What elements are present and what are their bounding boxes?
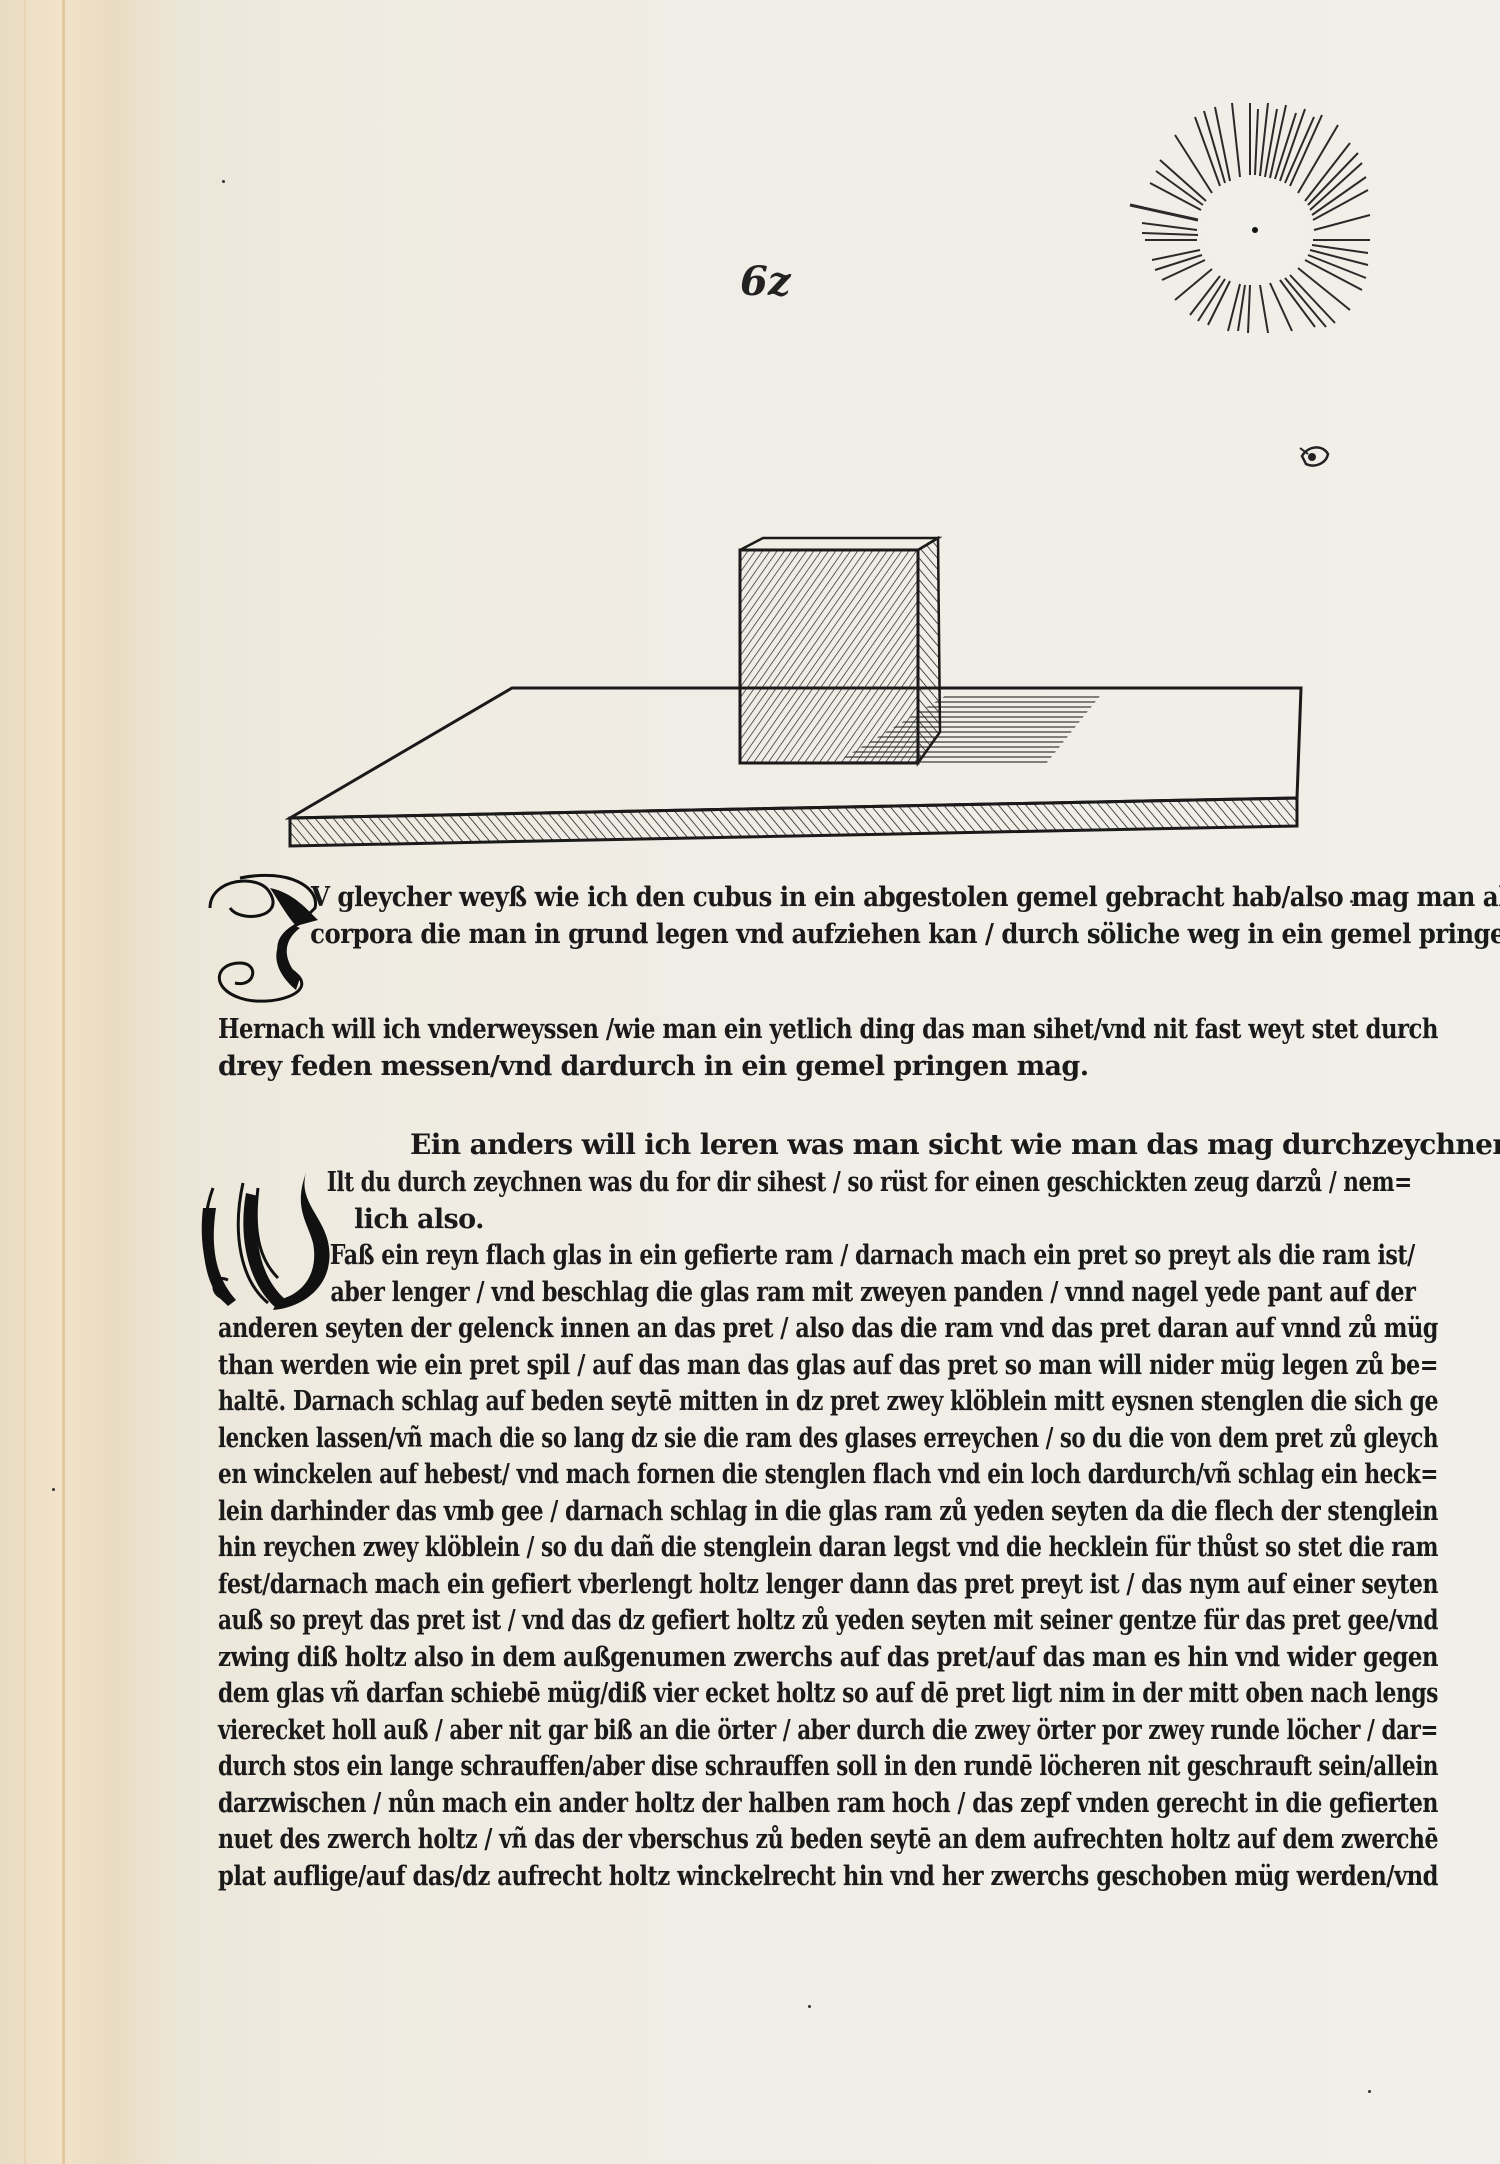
paragraph-three-threads: Hernach will ich vnderweyssen /wie man e… bbox=[218, 1012, 1438, 1085]
paragraph-cube-intro: V gleycher weyß wie ich den cubus in ein… bbox=[218, 880, 1438, 953]
ink-speck bbox=[52, 1488, 55, 1491]
text-line: corpora die man in grund legen vnd aufzi… bbox=[218, 917, 1321, 954]
ink-speck bbox=[1368, 2090, 1371, 2093]
text-line: anderen seyten der gelenck innen an das … bbox=[218, 1311, 1233, 1348]
text-line: en winckelen auf hebest/ vnd mach fornen… bbox=[218, 1457, 1199, 1494]
sun-icon bbox=[1100, 95, 1400, 335]
text-line: darzwischen / nůn mach ein ander holtz d… bbox=[218, 1786, 1216, 1823]
text-line: durch stos ein lange schrauffen/aber dis… bbox=[218, 1749, 1187, 1786]
ink-speck bbox=[808, 2005, 811, 2008]
text-line: Ilt du durch zeychnen was du for dir sih… bbox=[218, 1165, 1193, 1202]
section-heading: Ein anders will ich leren was man sicht … bbox=[410, 1128, 1500, 1161]
text-line: fest/darnach mach ein gefiert vberlengt … bbox=[218, 1567, 1215, 1604]
text-line: haltē. Darnach schlag auf beden seytē mi… bbox=[218, 1384, 1214, 1421]
page-number: 6z bbox=[740, 258, 791, 305]
text-line: aber lenger / vnd beschlag die glas ram … bbox=[218, 1275, 1226, 1312]
paragraph-drawing-apparatus: Ilt du durch zeychnen was du for dir sih… bbox=[218, 1165, 1438, 1895]
book-gutter-fold bbox=[62, 0, 65, 2164]
ink-speck bbox=[222, 180, 225, 183]
cube-perspective-illustration bbox=[285, 500, 1335, 860]
text-line: V gleycher weyß wie ich den cubus in ein… bbox=[218, 880, 1329, 917]
text-line: vierecket holl auß / aber nit gar biß an… bbox=[218, 1713, 1192, 1750]
text-line: than werden wie ein pret spil / auf das … bbox=[218, 1348, 1230, 1385]
text-line: lein darhinder das vmb gee / darnach sch… bbox=[218, 1494, 1215, 1531]
text-line: Faß ein reyn flach glas in ein gefierte … bbox=[218, 1238, 1221, 1275]
ink-speck bbox=[760, 1875, 763, 1878]
text-line: Hernach will ich vnderweyssen /wie man e… bbox=[218, 1012, 1249, 1049]
text-line: drey feden messen/vnd dardurch in ein ge… bbox=[218, 1049, 1438, 1086]
eye-icon bbox=[1298, 440, 1332, 474]
text-line: lich also. bbox=[218, 1202, 1438, 1239]
ink-speck bbox=[1350, 900, 1353, 903]
text-line: auß so preyt das pret ist / vnd das dz g… bbox=[218, 1603, 1194, 1640]
text-line: nuet des zwerch holtz / vñ das der vbers… bbox=[218, 1822, 1214, 1859]
text-line: lencken lassen/vñ mach die so lang dz si… bbox=[218, 1421, 1182, 1458]
text-line: dem glas vñ darfan schiebē müg/diß vier … bbox=[218, 1676, 1206, 1713]
text-line: zwing diß holtz also in dem außgenumen z… bbox=[218, 1640, 1250, 1677]
text-line: plat auflige/auf das/dz aufrecht holtz w… bbox=[218, 1859, 1243, 1896]
book-gutter-edge bbox=[24, 0, 26, 2164]
text-line: hin reychen zwey klöblein / so du dañ di… bbox=[218, 1530, 1193, 1567]
